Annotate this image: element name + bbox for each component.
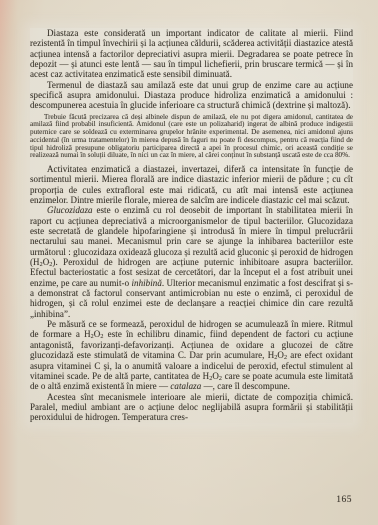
paragraph: Trebuie făcută precizarea că deși albine… (30, 114, 353, 160)
text-run: Acestea sînt mecanismele interioare ale … (30, 392, 353, 423)
text-run: Diastaza este considerată un important i… (30, 28, 353, 79)
text-run: —, care îl descompune. (201, 381, 290, 391)
page-edge-shading (0, 0, 18, 525)
page-number: 165 (336, 495, 352, 505)
text-run: Trebuie făcută precizarea că deși albine… (30, 113, 353, 160)
paragraph: Pe măsură ce se formează, peroxidul de h… (30, 319, 353, 391)
paragraph: Acestea sînt mecanismele interioare ale … (30, 392, 353, 423)
emphasized-term: Glucozidaza (47, 205, 93, 215)
emphasized-term: inhibină (131, 278, 161, 288)
scanned-book-page: Diastaza este considerată un important i… (0, 0, 378, 525)
paragraph: Activitatea enzimatică a diastazei, inve… (30, 164, 353, 205)
paragraph: Diastaza este considerată un important i… (30, 28, 353, 80)
emphasized-term: catalaza (170, 381, 201, 391)
paragraph: Termenul de diastază sau amilază este da… (30, 80, 353, 111)
text-block: Diastaza este considerată un important i… (30, 28, 353, 423)
text-run: Activitatea enzimatică a diastazei, inve… (30, 164, 353, 205)
paragraph: Glucozidaza este o enzimă cu rol deosebi… (30, 205, 353, 319)
text-run: Termenul de diastază sau amilază este da… (30, 80, 353, 111)
